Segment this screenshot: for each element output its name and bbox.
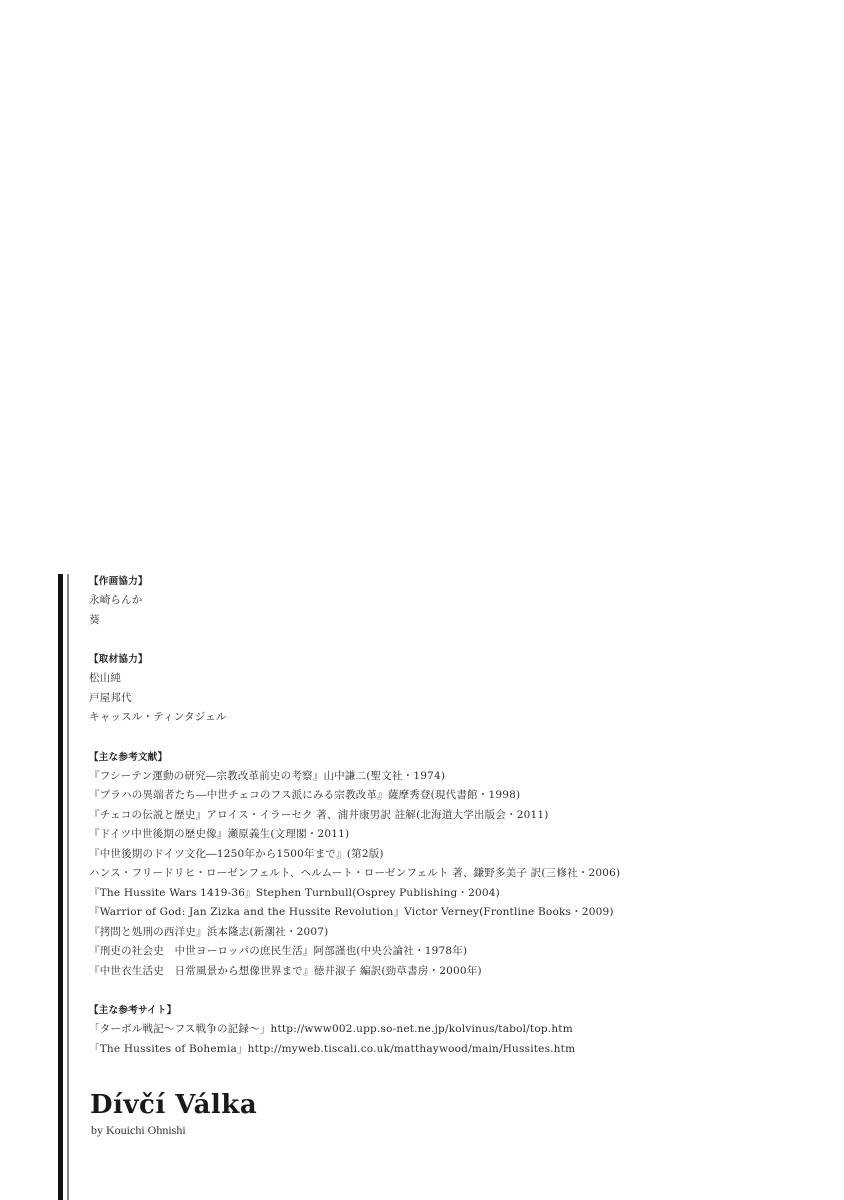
section-main-reference-sites: 【主な参考サイト】 「ターボル戦記～フス戦争の記録～」http://www002…	[89, 1001, 809, 1059]
reference-item: 『刑吏の社会史 中世ヨーロッパの庶民生活』阿部謹也(中央公論社・1978年)	[89, 942, 809, 962]
credit-name: 松山純	[89, 669, 809, 689]
section-main-references: 【主な参考文献】 『フシーテン運動の研究―宗教改革前史の考察』山中謙二(聖文社・…	[89, 748, 809, 982]
reference-item: 『Warrior of God: Jan Zizka and the Hussi…	[89, 903, 809, 923]
section-art-assistance: 【作画協力】 永崎らんか 葵	[89, 572, 809, 630]
section-research-assistance: 【取材協力】 松山純 戸屋邦代 キャッスル・ティンタジェル	[89, 650, 809, 728]
author-byline: by Kouichi Ohnishi	[91, 1122, 257, 1138]
reference-item: 『プラハの異端者たち―中世チェコのフス派にみる宗教改革』薩摩秀登(現代書館・19…	[89, 786, 809, 806]
reference-item: 『The Hussite Wars 1419-36』Stephen Turnbu…	[89, 884, 809, 904]
section-heading: 【主な参考サイト】	[89, 1001, 809, 1020]
logo-title: Dívčí Válka	[90, 1090, 257, 1120]
section-heading: 【取材協力】	[89, 650, 809, 669]
credit-name: 戸屋邦代	[89, 689, 809, 709]
decorative-thin-bar	[67, 574, 69, 1200]
credits-block: 【作画協力】 永崎らんか 葵 【取材協力】 松山純 戸屋邦代 キャッスル・ティン…	[89, 572, 809, 1059]
section-heading: 【作画協力】	[89, 572, 809, 591]
reference-item: 『中世後期のドイツ文化―1250年から1500年まで』(第2版)	[89, 845, 809, 865]
reference-item: ハンス・フリードリヒ・ローゼンフェルト、ヘルムート・ローゼンフェルト 著、鎌野多…	[89, 864, 809, 884]
reference-site-item: 「The Hussites of Bohemia」http://myweb.ti…	[89, 1040, 809, 1060]
reference-item: 『ドイツ中世後期の歴史像』瀬原義生(文理閣・2011)	[89, 825, 809, 845]
decorative-thick-bar	[58, 574, 63, 1200]
reference-item: 『フシーテン運動の研究―宗教改革前史の考察』山中謙二(聖文社・1974)	[89, 767, 809, 787]
credit-name: キャッスル・ティンタジェル	[89, 708, 809, 728]
credit-name: 永崎らんか	[89, 591, 809, 611]
reference-site-item: 「ターボル戦記～フス戦争の記録～」http://www002.upp.so-ne…	[89, 1020, 809, 1040]
reference-item: 『拷問と処刑の西洋史』浜本隆志(新潮社・2007)	[89, 923, 809, 943]
section-heading: 【主な参考文献】	[89, 748, 809, 767]
reference-item: 『チェコの伝説と歴史』アロイス・イラーセク 著、浦井康男訳 註解(北海道大学出版…	[89, 806, 809, 826]
reference-item: 『中世衣生活史 日常風景から想像世界まで』徳井淑子 編訳(勁草書房・2000年)	[89, 962, 809, 982]
title-logo: Dívčí Válka by Kouichi Ohnishi	[90, 1090, 257, 1138]
credit-name: 葵	[89, 611, 809, 631]
